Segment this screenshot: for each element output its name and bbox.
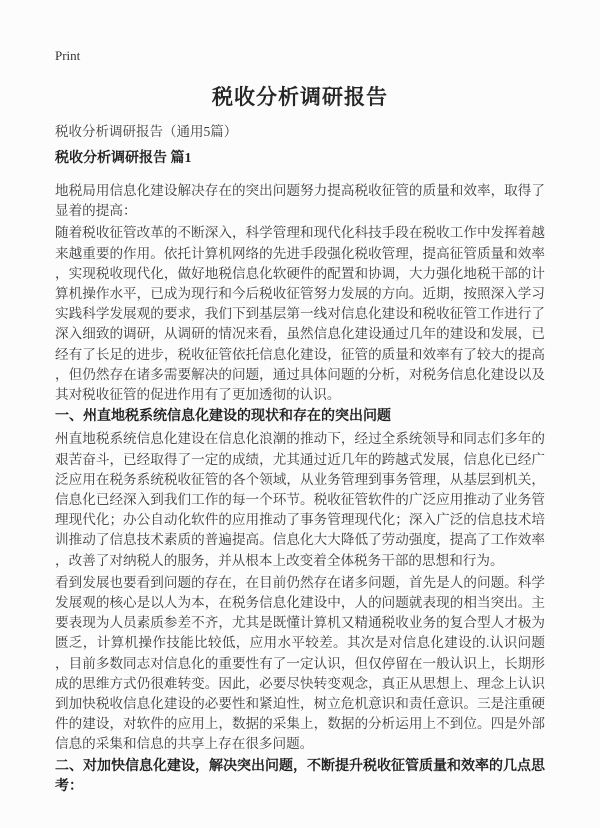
paragraph-intro: 地税局用信息化建设解决存在的突出问题努力提高税收征管的质量和效率，取得了显着的提… bbox=[55, 181, 545, 221]
document-page: Print 税收分析调研报告 税收分析调研报告（通用5篇） 税收分析调研报告 篇… bbox=[0, 0, 600, 828]
paragraph-problems: 看到发展也要看到问题的存在，在目前仍然存在诸多问题，首先是人的问题。科学发展观的… bbox=[55, 573, 545, 755]
section-heading-part-1: 税收分析调研报告 篇1 bbox=[55, 150, 545, 168]
document-subtitle: 税收分析调研报告（通用5篇） bbox=[55, 123, 545, 140]
document-title: 税收分析调研报告 bbox=[55, 84, 545, 110]
paragraph-background: 随着税收征管改革的不断深入，科学管理和现代化科技手段在税收工作中发挥着越来越重要… bbox=[55, 223, 545, 405]
print-button[interactable]: Print bbox=[55, 48, 80, 64]
paragraph-current-status: 州直地税系统信息化建设在信息化浪潮的推动下，经过全系统领导和同志们多年的艰苦奋斗… bbox=[55, 429, 545, 570]
heading-section-one: 一、州直地税系统信息化建设的现状和存在的突出问题 bbox=[55, 407, 545, 427]
heading-section-two: 二、对加快信息化建设，解决突出问题，不断提升税收征管质量和效率的几点思考： bbox=[55, 757, 545, 797]
